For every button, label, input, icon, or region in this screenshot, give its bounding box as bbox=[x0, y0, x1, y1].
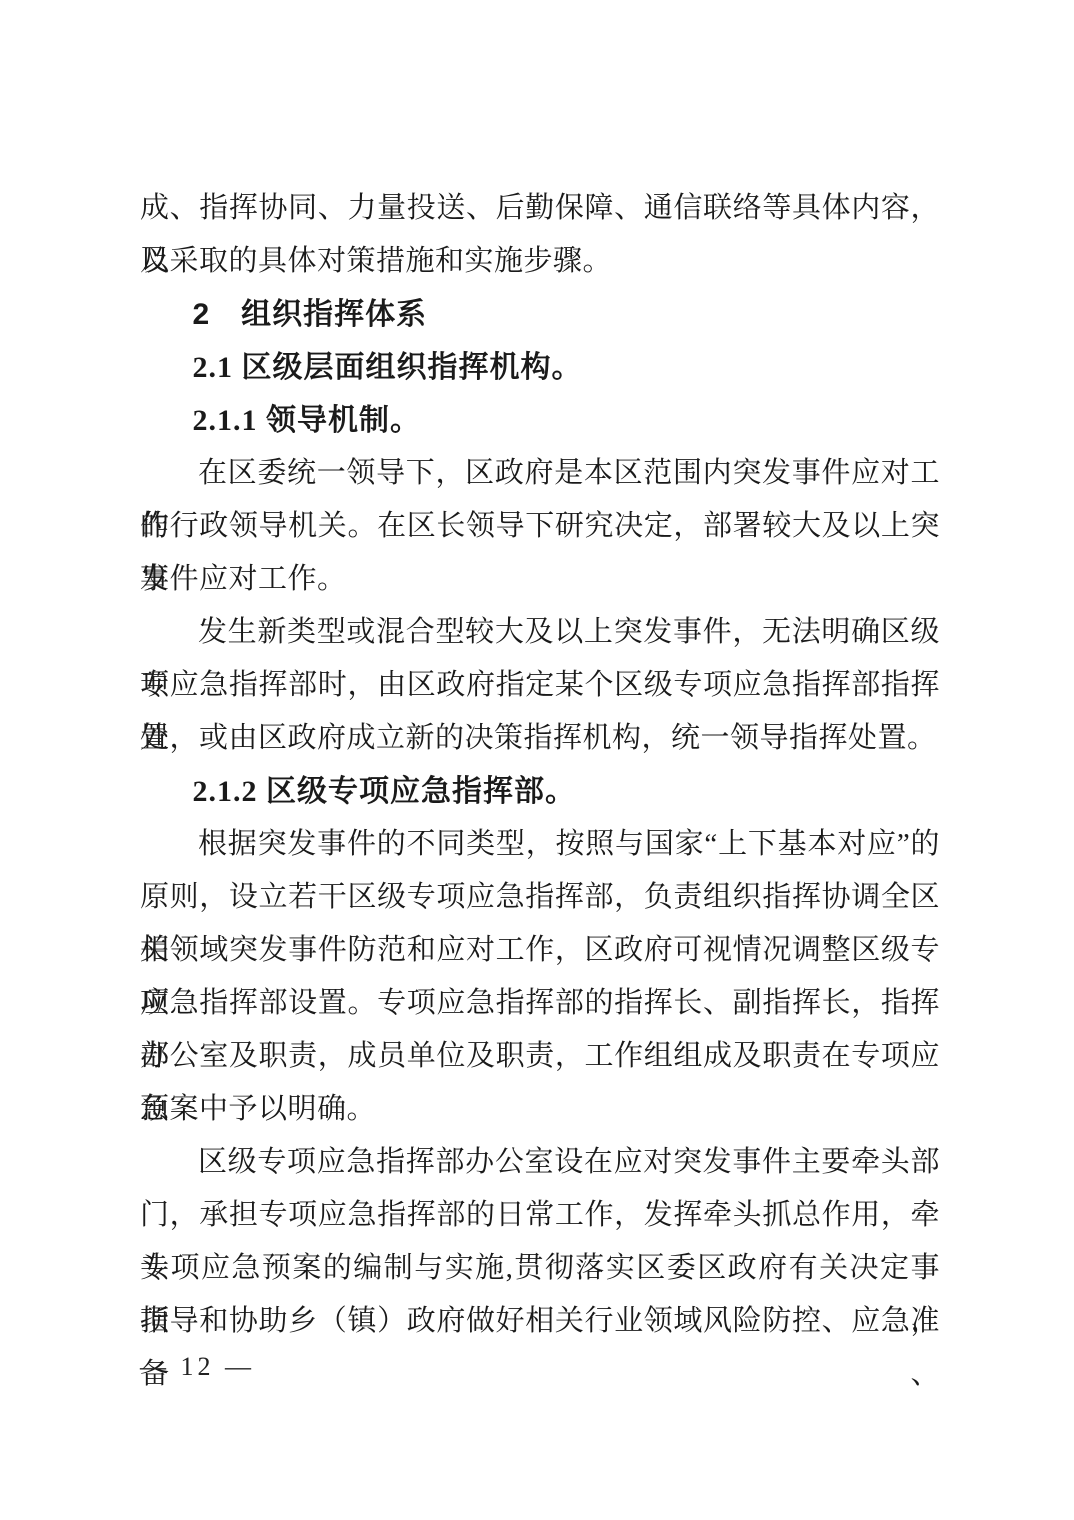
paragraph-line: 置，或由区政府成立新的决策指挥机构，统一领导指挥处置。 bbox=[140, 712, 940, 765]
paragraph-line: 在区委统一领导下，区政府是本区范围内突发事件应对工作 bbox=[140, 447, 940, 500]
paragraph-line: 根据突发事件的不同类型，按照与国家“上下基本对应”的 bbox=[140, 818, 940, 871]
document-page: 成、指挥协同、力量投送、后勤保障、通信联络等具体内容，以 及采取的具体对策措施和… bbox=[0, 0, 1074, 1520]
paragraph-line: 专项应急预案的编制与实施,贯彻落实区委区政府有关决定事项， bbox=[140, 1242, 940, 1295]
paragraph-line: 及采取的具体对策措施和实施步骤。 bbox=[140, 235, 940, 288]
paragraph-line: 门，承担专项应急指挥部的日常工作，发挥牵头抓总作用，牵头 bbox=[140, 1189, 940, 1242]
paragraph-line: 项应急指挥部时，由区政府指定某个区级专项应急指挥部指挥处 bbox=[140, 659, 940, 712]
paragraph-line: 区级专项应急指挥部办公室设在应对突发事件主要牵头部 bbox=[140, 1136, 940, 1189]
paragraph-line: 原则，设立若干区级专项应急指挥部，负责组织指挥协调全区相 bbox=[140, 871, 940, 924]
paragraph-line: 指导和协助乡（镇）政府做好相关行业领域风险防控、应急准备、 bbox=[140, 1295, 940, 1348]
paragraph-line: 关领域突发事件防范和应对工作，区政府可视情况调整区级专项 bbox=[140, 924, 940, 977]
heading-chapter: 2 组织指挥体系 bbox=[140, 288, 940, 341]
document-body: 成、指挥协同、力量投送、后勤保障、通信联络等具体内容，以 及采取的具体对策措施和… bbox=[140, 182, 940, 1348]
page-number: — 12 — bbox=[140, 1344, 255, 1389]
paragraph-line: 办公室及职责，成员单位及职责，工作组组成及职责在专项应急 bbox=[140, 1030, 940, 1083]
heading-subsection: 2.1.1 领导机制。 bbox=[140, 394, 940, 447]
paragraph-line: 应急指挥部设置。专项应急指挥部的指挥长、副指挥长，指挥部 bbox=[140, 977, 940, 1030]
paragraph-line: 事件应对工作。 bbox=[140, 553, 940, 606]
heading-subsection: 2.1.2 区级专项应急指挥部。 bbox=[140, 765, 940, 818]
paragraph-line: 发生新类型或混合型较大及以上突发事件，无法明确区级专 bbox=[140, 606, 940, 659]
paragraph-line: 成、指挥协同、力量投送、后勤保障、通信联络等具体内容，以 bbox=[140, 182, 940, 235]
heading-section: 2.1 区级层面组织指挥机构。 bbox=[140, 341, 940, 394]
paragraph-line: 的行政领导机关。在区长领导下研究决定，部署较大及以上突发 bbox=[140, 500, 940, 553]
paragraph-line: 预案中予以明确。 bbox=[140, 1083, 940, 1136]
